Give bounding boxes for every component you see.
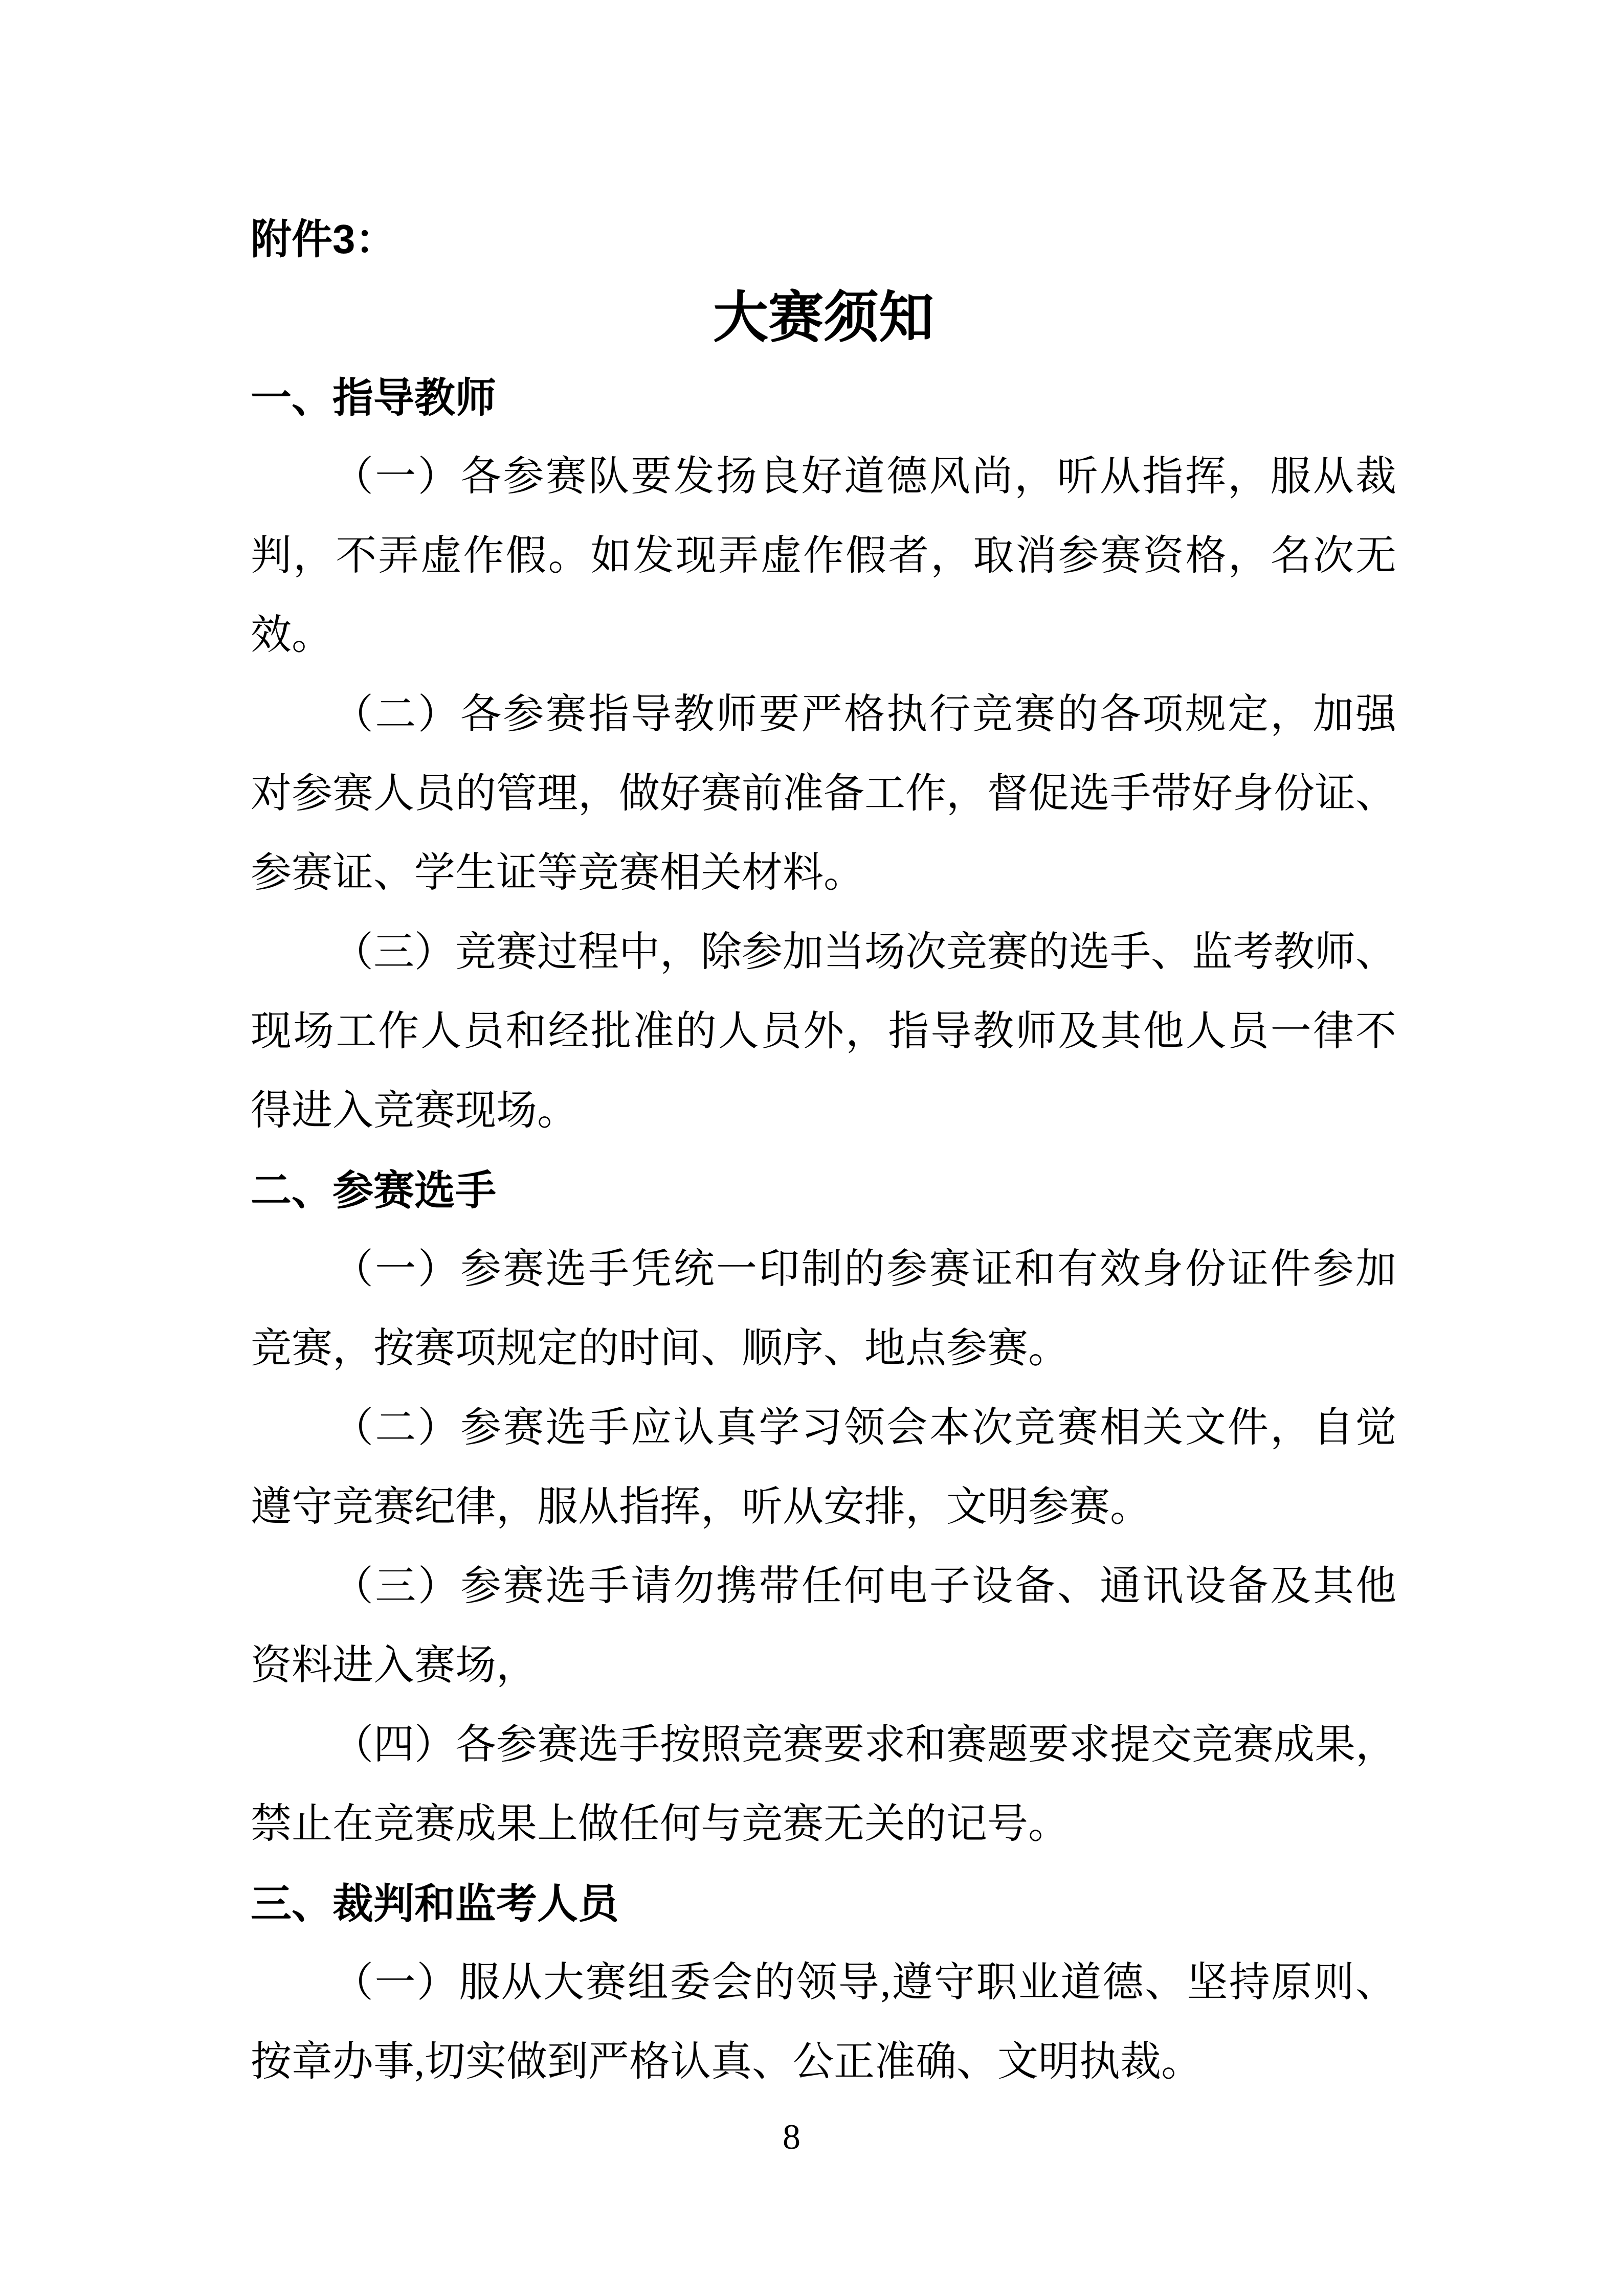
document-content: 附件3： 大赛须知 一、指导教师 （一）各参赛队要发扬良好道德风尚，听从指挥，服… <box>0 0 1624 2102</box>
body-line: 竞赛，按赛项规定的时间、顺序、地点参赛。 <box>251 1309 1396 1388</box>
body-line: （三）竞赛过程中，除参加当场次竞赛的选手、监考教师、 <box>251 913 1396 992</box>
body-line: （二）各参赛指导教师要严格执行竞赛的各项规定，加强 <box>251 675 1396 754</box>
section-contestants: 二、参赛选手 （一）参赛选手凭统一印制的参赛证和有效身份证件参加 竞赛，按赛项规… <box>251 1151 1396 1864</box>
body-line: 效。 <box>251 596 1396 675</box>
body-line: 现场工作人员和经批准的人员外，指导教师及其他人员一律不 <box>251 992 1396 1071</box>
body-line: 对参赛人员的管理，做好赛前准备工作，督促选手带好身份证、 <box>251 754 1396 834</box>
body-line: （一）参赛选手凭统一印制的参赛证和有效身份证件参加 <box>251 1230 1396 1309</box>
document-title: 大赛须知 <box>251 279 1396 358</box>
body-line: 判，不弄虚作假。如发现弄虚作假者，取消参赛资格，名次无 <box>251 516 1396 596</box>
paragraph: （二）各参赛指导教师要严格执行竞赛的各项规定，加强 对参赛人员的管理，做好赛前准… <box>251 675 1396 913</box>
paragraph: （三）竞赛过程中，除参加当场次竞赛的选手、监考教师、 现场工作人员和经批准的人员… <box>251 913 1396 1151</box>
body-line: （三）参赛选手请勿携带任何电子设备、通讯设备及其他 <box>251 1547 1396 1626</box>
body-line: 遵守竞赛纪律，服从指挥，听从安排，文明参赛。 <box>251 1468 1396 1547</box>
section-heading: 一、指导教师 <box>251 358 1396 437</box>
section-heading: 二、参赛选手 <box>251 1151 1396 1230</box>
paragraph: （一）各参赛队要发扬良好道德风尚，听从指挥，服从裁 判，不弄虚作假。如发现弄虚作… <box>251 437 1396 675</box>
body-line: （一）服从大赛组委会的领导,遵守职业道德、坚持原则、 <box>251 1943 1396 2022</box>
paragraph: （二）参赛选手应认真学习领会本次竞赛相关文件，自觉 遵守竞赛纪律，服从指挥，听从… <box>251 1388 1396 1547</box>
body-line: （四）各参赛选手按照竞赛要求和赛题要求提交竞赛成果， <box>251 1705 1396 1785</box>
body-line: （一）各参赛队要发扬良好道德风尚，听从指挥，服从裁 <box>251 437 1396 516</box>
attachment-label: 附件3： <box>251 199 1396 279</box>
body-line: 禁止在竞赛成果上做任何与竞赛无关的记号。 <box>251 1785 1396 1864</box>
section-heading: 三、裁判和监考人员 <box>251 1864 1396 1943</box>
paragraph: （四）各参赛选手按照竞赛要求和赛题要求提交竞赛成果， 禁止在竞赛成果上做任何与竞… <box>251 1705 1396 1864</box>
body-line: 按章办事,切实做到严格认真、公正准确、文明执裁。 <box>251 2022 1396 2102</box>
paragraph: （一）服从大赛组委会的领导,遵守职业道德、坚持原则、 按章办事,切实做到严格认真… <box>251 1943 1396 2102</box>
body-line: 参赛证、学生证等竞赛相关材料。 <box>251 834 1396 913</box>
paragraph: （三）参赛选手请勿携带任何电子设备、通讯设备及其他 资料进入赛场， <box>251 1547 1396 1705</box>
section-judges-invigilators: 三、裁判和监考人员 （一）服从大赛组委会的领导,遵守职业道德、坚持原则、 按章办… <box>251 1864 1396 2102</box>
body-line: （二）参赛选手应认真学习领会本次竞赛相关文件，自觉 <box>251 1388 1396 1468</box>
body-line: 资料进入赛场， <box>251 1626 1396 1705</box>
paragraph: （一）参赛选手凭统一印制的参赛证和有效身份证件参加 竞赛，按赛项规定的时间、顺序… <box>251 1230 1396 1388</box>
page-number: 8 <box>0 2117 1583 2158</box>
section-instructors: 一、指导教师 （一）各参赛队要发扬良好道德风尚，听从指挥，服从裁 判，不弄虚作假… <box>251 358 1396 1151</box>
document-page: 附件3： 大赛须知 一、指导教师 （一）各参赛队要发扬良好道德风尚，听从指挥，服… <box>0 0 1624 2296</box>
body-line: 得进入竞赛现场。 <box>251 1071 1396 1151</box>
